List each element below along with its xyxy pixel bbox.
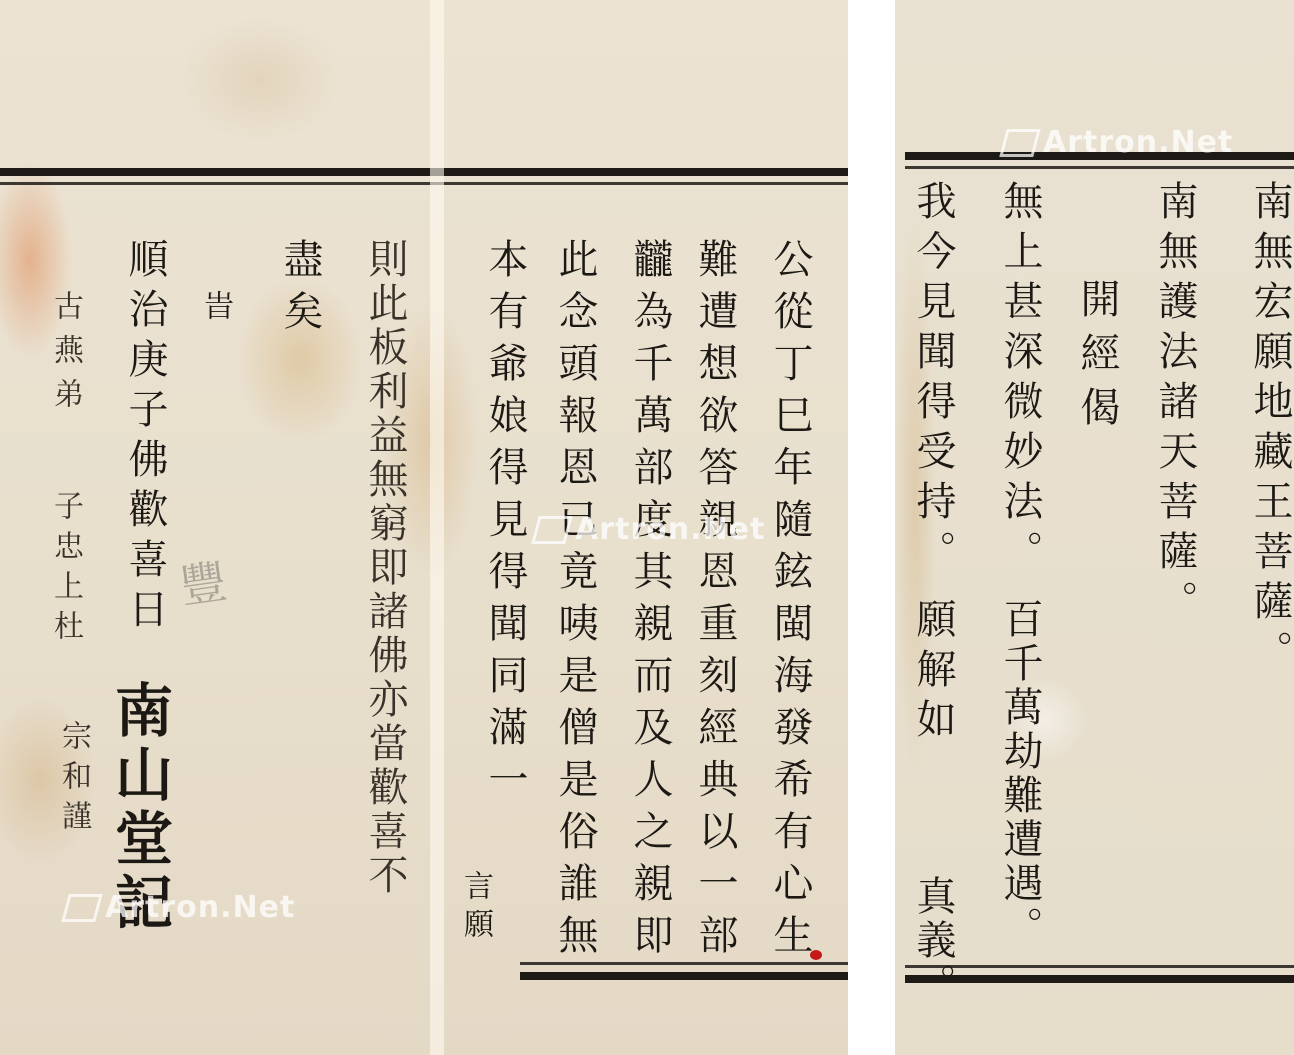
text-column-10c: 宗和謹: [58, 720, 88, 840]
text-column-r4b: 百千萬劫難遭遇。: [1000, 598, 1040, 950]
watermark-logo-icon: [61, 894, 103, 922]
watermark: Artron.Net: [535, 512, 765, 547]
text-column-9a: 順治庚子佛歡喜日: [125, 238, 165, 638]
watermark-logo-icon: [999, 129, 1041, 157]
top-border-thick: [0, 168, 848, 176]
text-column-1: 公從丁巳年隨鉉閩海發希有心生: [770, 238, 810, 966]
right-book-page: 南無宏願地藏王菩薩。 南無護法諸天菩薩。 開經偈 無上甚深微妙法。 百千萬劫難遭…: [895, 0, 1294, 1055]
text-column-5b: 言願: [460, 870, 490, 946]
text-column-4: 此念頭報恩已竟咦是僧是俗誰無: [555, 238, 595, 966]
text-column-10b: 子忠上杜: [50, 490, 80, 650]
text-column-8: 旹: [200, 290, 230, 328]
watermark-logo-icon: [531, 516, 573, 544]
text-column-r3: 開經偈: [1077, 278, 1117, 440]
text-column-r4a: 無上甚深微妙法。: [1000, 180, 1040, 580]
text-column-r5b: 願解如: [913, 598, 953, 748]
bottom-border-thick: [520, 972, 848, 980]
red-ink-mark: [810, 950, 822, 960]
bottom-border-thick: [905, 975, 1294, 983]
left-book-page: 公從丁巳年隨鉉閩海發希有心生 難遭想欲答親恩重刻經典以一部 龖為千萬部度其親而及…: [0, 0, 848, 1055]
watermark: Artron.Net: [1003, 125, 1233, 160]
fold-tear: [430, 0, 444, 1055]
text-column-3: 龖為千萬部度其親而及人之親即: [630, 238, 670, 966]
pencil-annotation: 豐: [176, 545, 231, 617]
text-column-6: 則此板利益無窮即諸佛亦當歡喜不: [365, 238, 405, 898]
text-column-10a: 古燕弟: [50, 290, 80, 422]
text-column-r1: 南無宏願地藏王菩薩。: [1250, 180, 1290, 680]
text-column-2: 難遭想欲答親恩重刻經典以一部: [695, 238, 735, 966]
text-column-7: 盡矣: [280, 238, 320, 342]
top-border-thin: [905, 166, 1294, 169]
text-column-r5a: 我今見聞得受持。: [913, 180, 953, 580]
top-border-thin: [0, 182, 848, 185]
text-column-r5c: 真義。: [913, 875, 953, 1007]
bottom-border-thin: [905, 965, 1294, 968]
watermark: Artron.Net: [65, 890, 295, 925]
text-column-5a: 本有爺娘得見得聞同滿一: [485, 238, 525, 810]
text-column-r2: 南無護法諸天菩薩。: [1155, 180, 1195, 630]
